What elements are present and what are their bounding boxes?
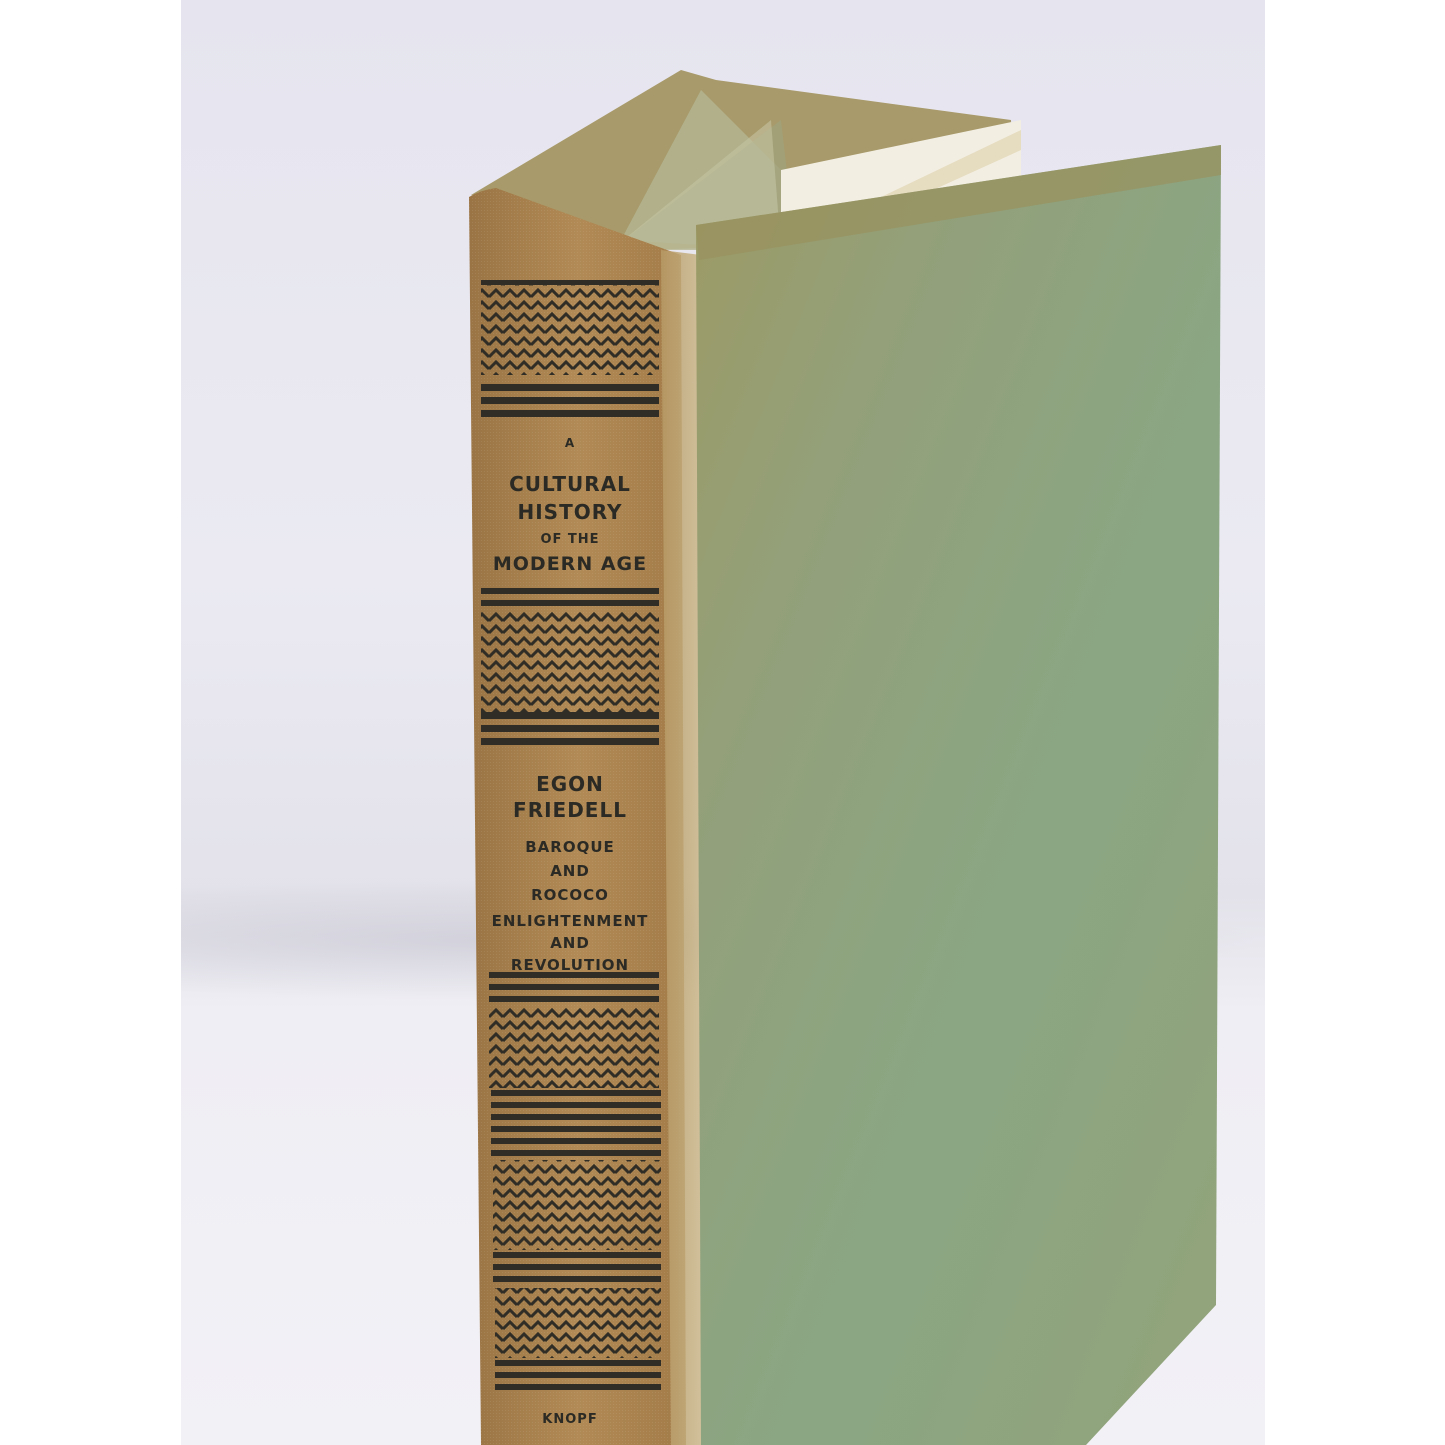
front-cover <box>696 145 1221 1445</box>
spine-ornament-bottom <box>489 972 661 1390</box>
book-illustration <box>181 0 1265 1445</box>
product-photo: A CULTURAL HISTORY OF THE MODERN AGE EGO… <box>181 0 1265 1445</box>
